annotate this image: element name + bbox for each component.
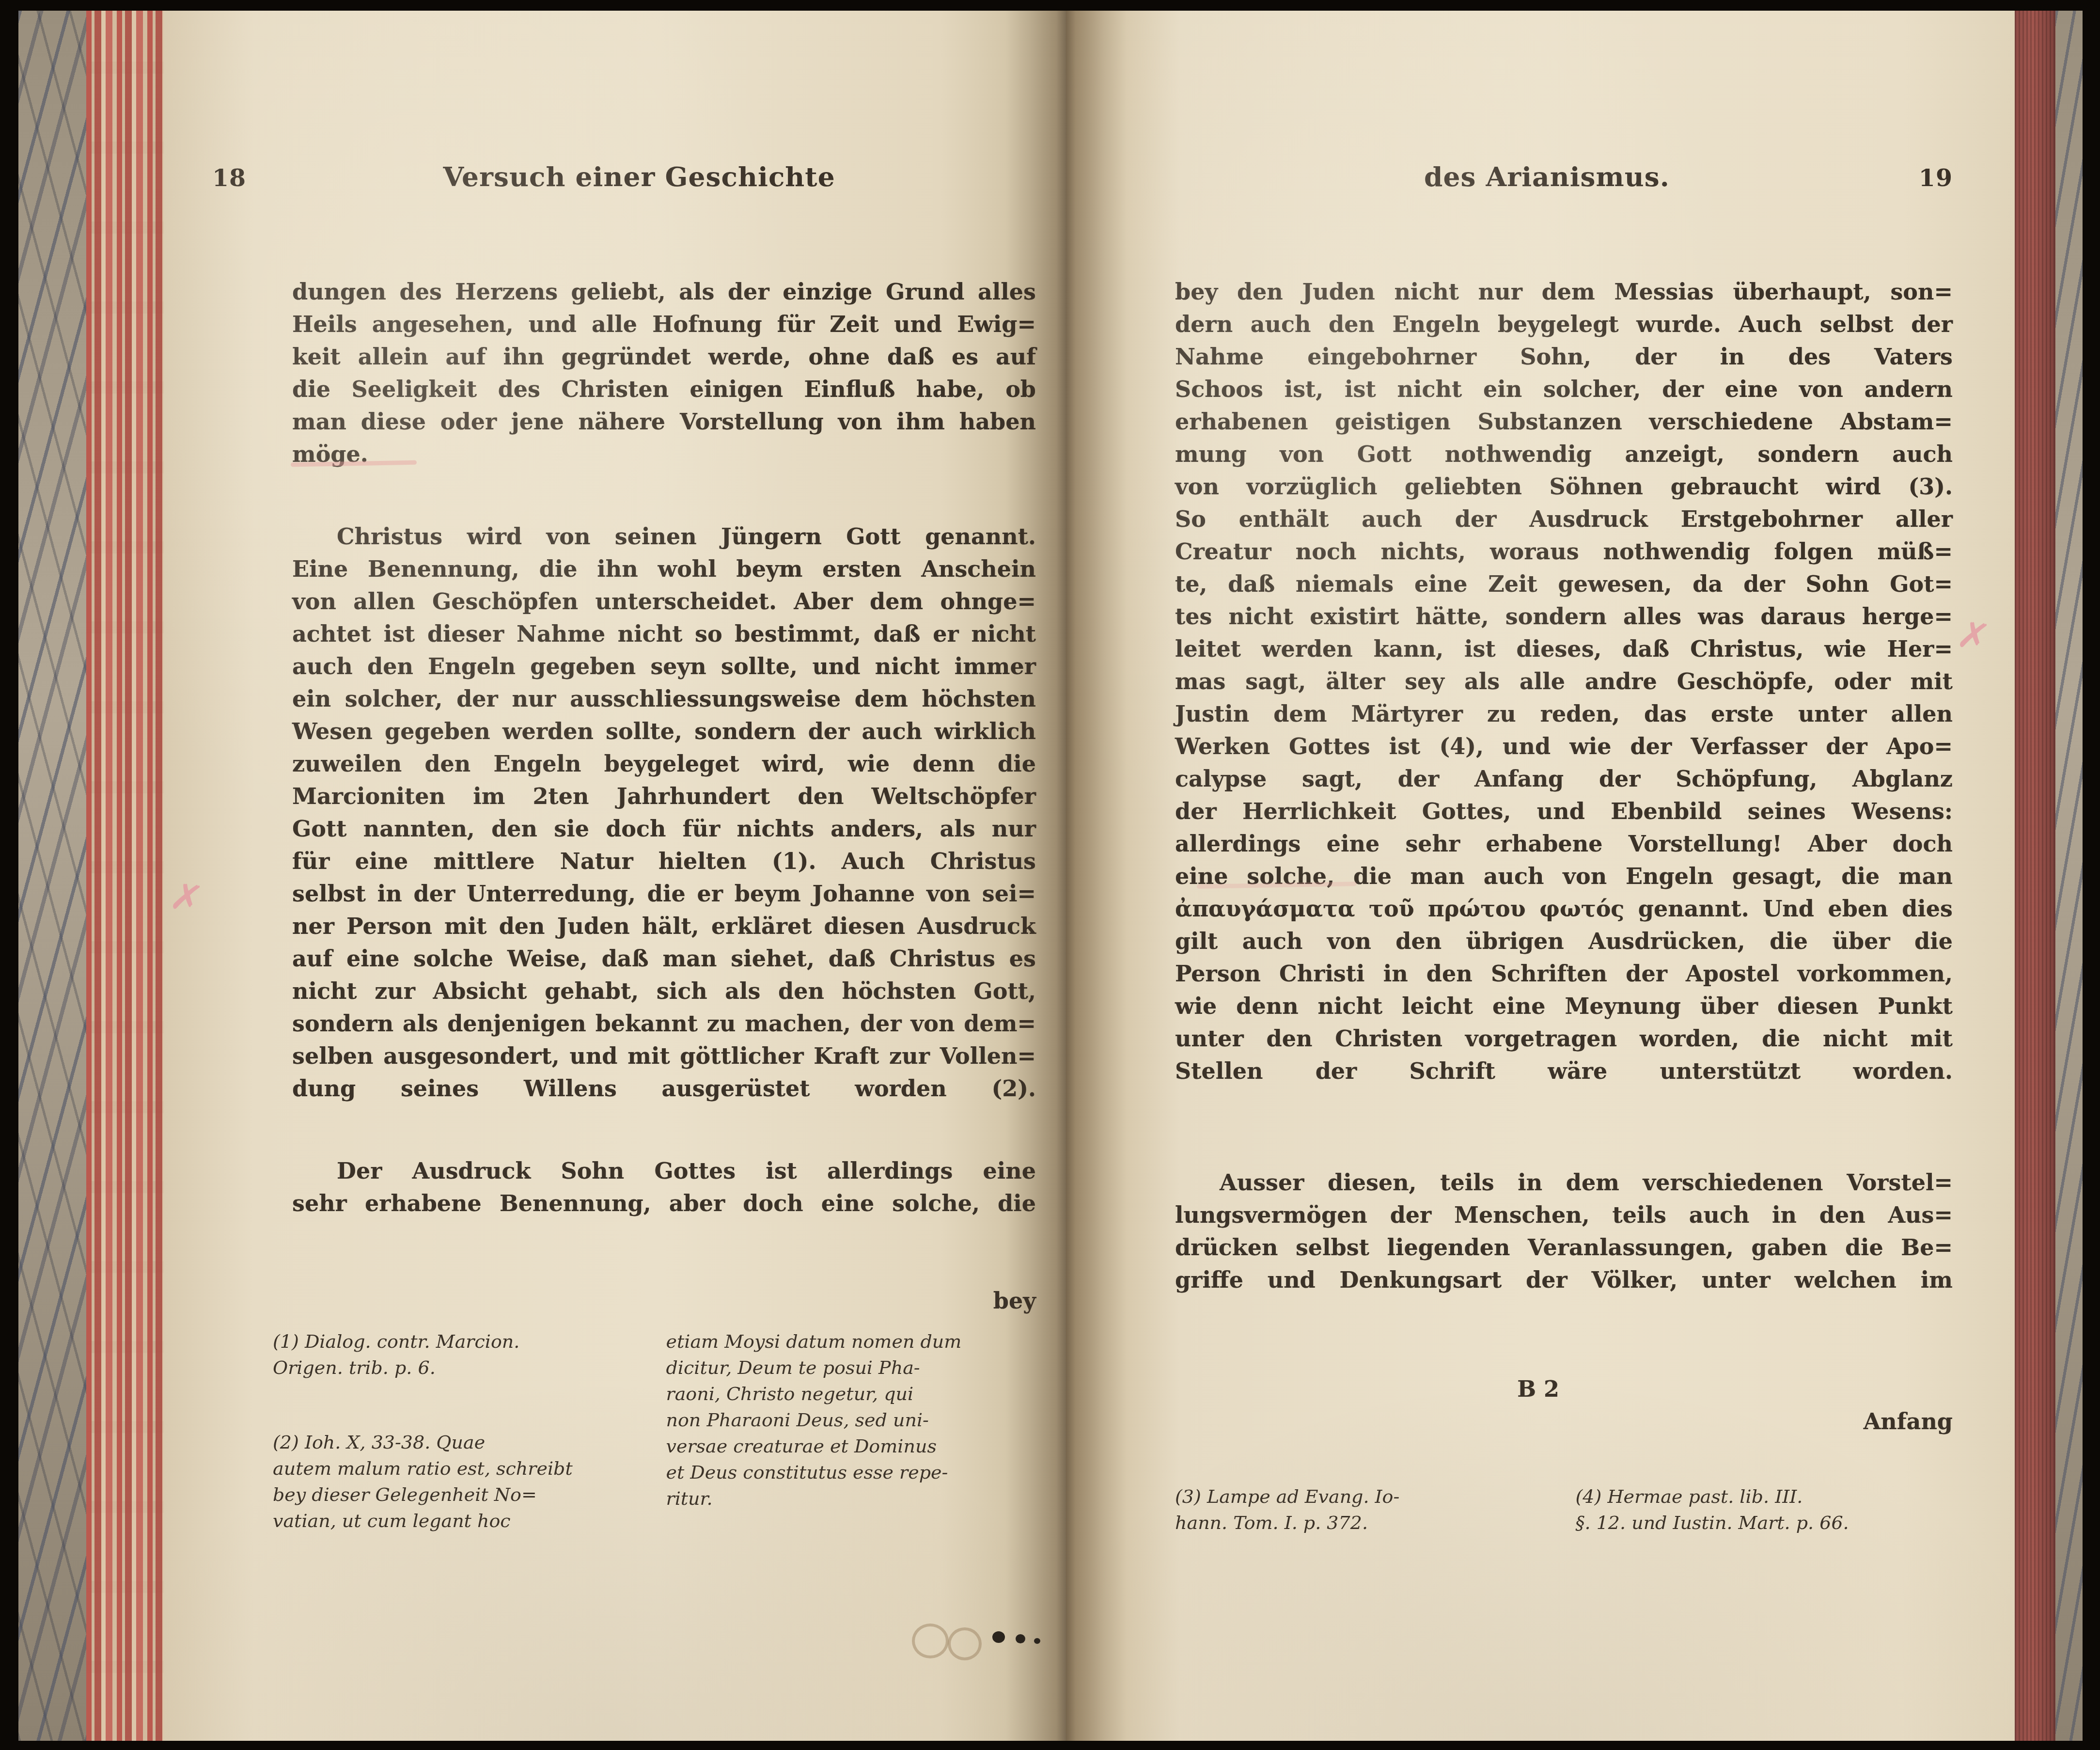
- right-page-footnotes: (3) Lampe ad Evang. Io- hann. Tom. I. p.…: [1175, 1457, 1953, 1584]
- right-page-body: bey den Juden nicht nur dem Messias über…: [1175, 243, 1953, 1405]
- page-number-left: 18: [212, 164, 246, 192]
- right-running-header: des Arianismus. 19: [1175, 161, 1953, 192]
- left-page-body: dungen des Herzens geliebt, als der einz…: [292, 243, 1036, 1317]
- footnote: (1) Dialog. contr. Marcion. Origen. trib…: [273, 1328, 643, 1381]
- marbled-board-edge-left: [18, 11, 86, 1741]
- page-number-right: 19: [1919, 164, 1953, 192]
- paragraph: Ausser diesen, teils in dem verschiedene…: [1175, 1167, 1953, 1296]
- running-title-left: Versuch einer Geschichte: [246, 161, 1032, 192]
- ink-dot: [1016, 1634, 1025, 1643]
- marbled-board-edge-right: [2055, 11, 2083, 1741]
- ring-stain: [912, 1624, 949, 1658]
- ink-dot: [992, 1631, 1005, 1643]
- left-page: 18 Versuch einer Geschichte dungen des H…: [164, 11, 1066, 1741]
- paragraph: dungen des Herzens geliebt, als der einz…: [292, 276, 1036, 471]
- signature-mark: B 2: [1517, 1373, 1559, 1405]
- catchword-right: Anfang: [1864, 1405, 1953, 1438]
- ring-stain: [948, 1627, 982, 1660]
- paragraph: Christus wird von seinen Jüngern Gott ge…: [292, 520, 1036, 1105]
- footnote-column: (4) Hermae past. lib. III. §. 12. und Iu…: [1576, 1457, 1953, 1584]
- left-running-header: 18 Versuch einer Geschichte: [212, 161, 1032, 192]
- footnote-column: (1) Dialog. contr. Marcion. Origen. trib…: [273, 1302, 643, 1582]
- footnote: (2) Ioh. X, 33-38. Quae autem malum rati…: [273, 1429, 643, 1534]
- book-scan: 18 Versuch einer Geschichte dungen des H…: [0, 0, 2100, 1750]
- footnote: (4) Hermae past. lib. III. §. 12. und Iu…: [1576, 1483, 1953, 1536]
- right-page: des Arianismus. 19 bey den Juden nicht n…: [1066, 11, 2015, 1741]
- red-fore-edge-right: [2015, 11, 2055, 1741]
- footnote: (3) Lampe ad Evang. Io- hann. Tom. I. p.…: [1175, 1483, 1552, 1536]
- left-page-footnotes: (1) Dialog. contr. Marcion. Origen. trib…: [273, 1302, 1036, 1582]
- paragraph: Der Ausdruck Sohn Gottes ist allerdings …: [292, 1155, 1036, 1220]
- red-sprayed-page-edges-left: [86, 11, 164, 1741]
- footnote-column: etiam Moysi datum nomen dum dicitur, Deu…: [666, 1302, 1036, 1582]
- footnote-column: (3) Lampe ad Evang. Io- hann. Tom. I. p.…: [1175, 1457, 1552, 1584]
- ink-dot: [1034, 1638, 1040, 1644]
- paragraph: bey den Juden nicht nur dem Messias über…: [1175, 276, 1953, 1088]
- running-title-right: des Arianismus.: [1175, 161, 1919, 192]
- footnote: etiam Moysi datum nomen dum dicitur, Deu…: [666, 1328, 1036, 1512]
